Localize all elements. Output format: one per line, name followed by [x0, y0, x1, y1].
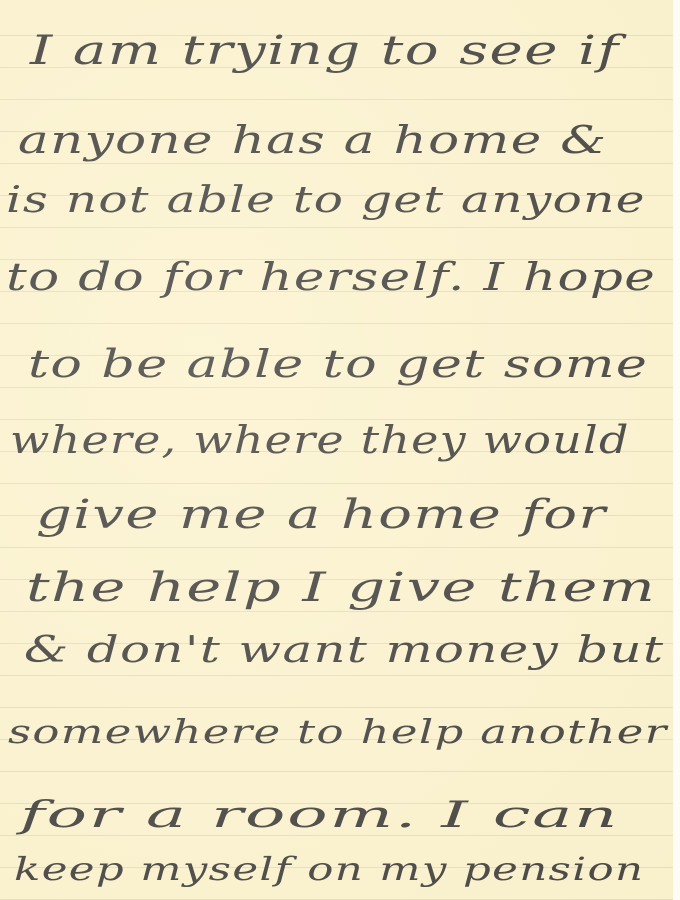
- handwritten-line-2: anyone has a home &: [18, 118, 608, 162]
- handwritten-line-9: & don't want money but: [24, 630, 664, 671]
- handwritten-line-1: I am trying to see if: [30, 28, 620, 74]
- scan-margin: [673, 0, 680, 900]
- handwritten-line-3: is not able to get anyone: [6, 180, 646, 221]
- handwritten-line-8: the help I give them: [26, 565, 656, 611]
- handwritten-line-5: to be able to get some: [28, 342, 648, 386]
- handwritten-line-10: somewhere to help another: [8, 712, 668, 751]
- letter-page: I am trying to see if anyone has a home …: [0, 0, 673, 900]
- handwritten-line-7: give me a home for: [36, 492, 607, 538]
- handwritten-line-12: keep myself on my pension: [14, 850, 644, 888]
- handwritten-line-4: to do for herself. I hope: [6, 255, 656, 299]
- handwritten-line-6: where, where they would: [10, 418, 630, 462]
- handwritten-line-11: for a room. I can: [20, 795, 619, 836]
